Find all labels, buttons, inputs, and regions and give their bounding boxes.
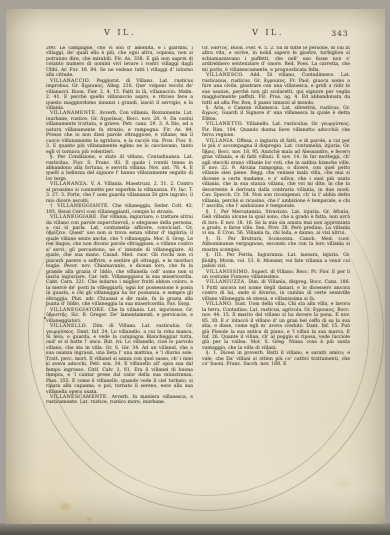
dictionary-entry: VILLANETTO. Villanello. Lat. rusticulus.…	[202, 122, 350, 138]
entry-headword: VILLANAMENTE.	[50, 111, 97, 116]
page-number: 343	[322, 29, 358, 38]
dictionary-entry: VILLANESCO. Add. Di villano, Contadinesc…	[202, 73, 350, 106]
dictionary-entry: Gr. ναστός. Buon. Fier. 4. 5. 2. Sa di t…	[202, 46, 350, 73]
dictionary-entry: 290. Le campagne, che vi son d' amenità,…	[46, 46, 193, 79]
scanned-page-background: V IL. V IL. 343 290. Le campagne, che vi…	[0, 0, 390, 535]
left-column: 290. Le campagne, che vi son d' amenità,…	[46, 46, 193, 436]
dictionary-entry: §. I. Per Mercatanzia, Stravizzo. Lat. i…	[202, 210, 350, 237]
entry-headword: VILLANACCIO.	[50, 79, 91, 84]
entry-text: Per Mercatanzia, Stravizzo. Lat. injuria…	[202, 210, 350, 237]
entry-headword: VILLANIUZZA.	[206, 280, 246, 285]
entry-headword: VILLANEGGIARE.	[50, 215, 98, 220]
foxing-stain	[336, 479, 350, 488]
entry-text: Peggiorat. di Villano. Lat. rusticus imp…	[46, 79, 193, 111]
ink-speck	[61, 179, 63, 181]
book-page: V IL. V IL. 343 290. Le campagne, che vi…	[6, 9, 385, 524]
dictionary-entry: VILLANEGGIATORE. Che fa villania. Lat. i…	[46, 308, 193, 324]
entry-headword: §. I.	[206, 210, 218, 215]
dictionary-entry: §. Per Condizione, e stato di villano, C…	[46, 155, 193, 182]
dictionary-entry: §. I. Dicesi in proverb. Batti il villan…	[202, 351, 350, 367]
entry-text: Far villania, ingiuriare, o trattare alt…	[46, 215, 193, 307]
entry-headword: VILLANETTO.	[206, 122, 244, 127]
dictionary-entry: VILLANO. Sust. Uom della villa, Chi sta …	[202, 302, 350, 351]
dictionary-entry: VILLANIUZZA. Dim. di Villanìa, dispreg. …	[202, 280, 350, 302]
entry-text: Per Condizione, e stato di villano, Cont…	[46, 155, 193, 182]
entry-headword: VILLANANZA.	[50, 182, 88, 187]
entry-text: Per Bruttura, Sconcezza. Canob. Med. cuo…	[202, 237, 350, 253]
entry-text: 290. Le campagne, che vi son d' amenità,…	[46, 46, 193, 78]
dictionary-entry: VILLANANZA. V. A. Villanìa. Maestruzz. 2…	[46, 182, 193, 204]
entry-text: Dicesi in proverb. Batti il villano, e s…	[202, 351, 350, 367]
running-head-right: V IL.	[238, 28, 298, 37]
entry-headword: §. III.	[206, 253, 223, 258]
dictionary-entry: VILLANACCIO. Peggiorat. di Villano. Lat.…	[46, 79, 193, 112]
text-columns: 290. Le campagne, che vi son d' amenità,…	[46, 46, 350, 436]
entry-headword: † VILLANEGGIANTE.	[50, 204, 110, 209]
dictionary-entry: VILLANISSIMO. Superl. di Villano. Bocc. …	[202, 270, 350, 281]
entry-headword: VILLANESCO.	[206, 73, 244, 78]
dictionary-entry: VILLANIA. Offesa, o ingiuria di fatti, e…	[202, 139, 350, 210]
entry-headword: VILLANISSIMO.	[206, 270, 249, 275]
entry-text: Gr. ναστός. Buon. Fier. 4. 5. 2. Sa di t…	[202, 46, 350, 73]
entry-text: Dim. di Villano. Lat. rusticulus. Gr. γε…	[46, 324, 193, 394]
entry-headword: VILLANEGGIATORE.	[50, 308, 106, 313]
entry-text: Avverb. Con villania, Rozzamente. Lat. i…	[46, 111, 193, 154]
entry-text: Sust. Uom della villa, Chi sta alla vill…	[202, 302, 350, 351]
entry-headword: VILLANELLO.	[50, 324, 88, 329]
dictionary-entry: VILLANESCAMENTE. Avverb. In maniera vill…	[46, 395, 193, 406]
entry-headword: §. I.	[206, 351, 218, 356]
entry-headword: VILLANIA.	[206, 139, 235, 144]
dictionary-entry: VILLANELLO. Dim. di Villano. Lat. rustic…	[46, 324, 193, 395]
dictionary-entry: §. II. Per Bruttura, Sconcezza. Canob. M…	[202, 237, 350, 253]
ink-speck	[44, 317, 46, 319]
entry-text: Aria, o Canzon villanesca. Lat. silvestr…	[202, 106, 350, 122]
entry-text: Per Ferita, Ingiuranza. Lat. laesura, in…	[202, 253, 350, 269]
foxing-stain	[60, 503, 70, 510]
entry-headword: VILLANO.	[206, 302, 233, 307]
dictionary-entry: † VILLANEGGIANTE. Che villaneggia. Seder…	[46, 204, 193, 215]
running-head-left: V IL.	[90, 28, 150, 37]
foxing-stain	[87, 517, 92, 521]
entry-text: Add. Di villano, Contadinesco. Lat. rust…	[202, 73, 350, 105]
dictionary-entry: §. III. Per Ferita, Ingiuranza. Lat. lae…	[202, 253, 350, 269]
dictionary-entry: VILLANAMENTE. Avverb. Con villania, Rozz…	[46, 111, 193, 155]
dictionary-entry: §. Aria, o Canzon villanesca. Lat. silve…	[202, 106, 350, 122]
entry-text: Offesa, o ingiuria di fatti, e di parole…	[202, 139, 350, 209]
scan-bottom-shadow	[0, 523, 390, 535]
dictionary-entry: VILLANEGGIARE. Far villania, ingiuriare,…	[46, 215, 193, 308]
right-column: Gr. ναστός. Buon. Fier. 4. 5. 2. Sa di t…	[202, 46, 350, 436]
